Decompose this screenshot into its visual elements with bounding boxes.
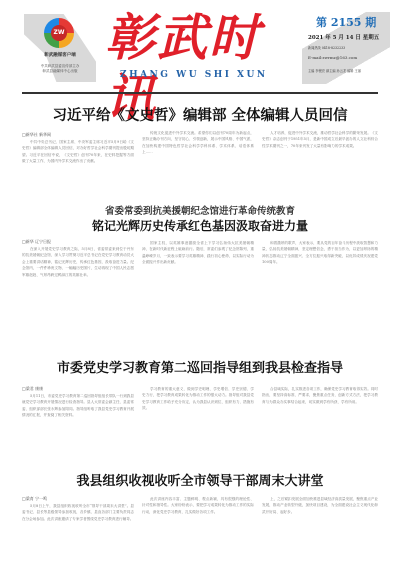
article-1-col-2: 传统文化促进中外学术交流。希望你们以创刊70周年为新起点，坚持正确办刊方向，坚守…	[142, 130, 254, 183]
article-3-col-3: 合县域实际，扎实推进各项工作，确保党史学习教育取得实效。同时指出，要坚持高标准、…	[262, 386, 378, 453]
article-2-col-3: 和着激昂的歌声，大家表示，要从党的百年奋斗历程中汲取智慧和力量，弘扬抗美援朝精神…	[262, 240, 378, 340]
newspaper-title-pinyin: ZHANG WU SHI XUN	[120, 70, 268, 80]
article-4-col-3: 上，之后紧扣发展全面加快推进县域经济高质量发展，聚焦重点产业发展，推动产业转型升…	[262, 496, 378, 540]
article-4-col-1: 5月8日上午，我县组织收视收听全市“领导干部周末大讲堂”。县委书记、县长等县级领…	[22, 503, 134, 547]
logo-sub: 中共彰武县委宣传部主办 彰武县融媒体中心出版	[28, 64, 92, 73]
article-4-byline: □梁育 宁一鸣	[22, 496, 47, 502]
logo-badge: ZW	[51, 25, 67, 41]
article-3-col-1: 5月11日，市委党史学习教育第二巡回指导组组长带队一行到我县就党史学习教育开展情…	[22, 393, 134, 453]
email[interactable]: E-mail:zwrmz@163.com	[308, 55, 357, 60]
article-2-kicker: 省委常委到抗美援朝纪念馆进行革命传统教育	[0, 203, 400, 217]
article-1-col-3: 人才培养，促进中外学术交流，推动哲学社会科学的繁荣发展。《文史哲》杂志创刊于19…	[262, 130, 378, 183]
article-2-col-1: 在深入开展党史学习教育之际，5月8日，省委常委来到位于丹东的抗美援朝纪念馆，深入…	[22, 246, 134, 340]
issue-number: 第 2155 期	[316, 14, 376, 30]
article-4-col-2: 此次讲座内容丰富、主题鲜明、观点新颖，具有很强的理论性、针对性和指导性。大家纷纷…	[142, 496, 254, 547]
article-2-col-2: 国家主权，以英雄事迹激励全省上下学习弘扬伟大抗美援朝精神，在新时代新征程上砥砺前…	[142, 240, 254, 340]
article-1-headline[interactable]: 习近平给《文史哲》编辑部 全体编辑人员回信	[0, 104, 400, 125]
issue-date: 2021 年 5 月 14 日 星期五	[308, 33, 379, 41]
article-1-col-1: 中共中央总书记、国家主席、中央军委主席习近平5月9日给《文史哲》编辑部全体编辑人…	[22, 139, 134, 183]
article-3-headline[interactable]: 市委党史学习教育第二巡回指导组到我县检查指导	[0, 357, 400, 376]
logo-caption: 彰武融媒客户端	[30, 52, 90, 58]
staff-list: 主编 李俊亮 副主编 孙云龙 编辑 王丽	[308, 68, 361, 73]
article-3-byline: □梁君 康康	[22, 386, 43, 392]
masthead-rule	[22, 92, 378, 94]
hotline: 新闻热线 0418-8232233	[308, 45, 345, 50]
article-2-headline[interactable]: 铭记光辉历史传承红色基因汲取奋进力量	[0, 217, 400, 234]
article-3-col-2: 学习教育的重大意义，做到学史明理、学史增信、学史崇德、学史力行，把学习教育成果转…	[142, 386, 254, 453]
article-4-headline[interactable]: 我县组织收视收听全市领导干部周末大讲堂	[0, 470, 400, 489]
masthead: ZW 彰武融媒客户端 中共彰武县委宣传部主办 彰武县融媒体中心出版 彰武时讯 Z…	[0, 0, 400, 88]
logo-sub-line: 彰武县融媒体中心出版	[28, 69, 92, 74]
article-1-byline: □新华社 新华网	[22, 132, 51, 138]
issue-info: 第 2155 期 2021 年 5 月 14 日 星期五 新闻热线 0418-8…	[302, 12, 390, 84]
client-logo[interactable]: ZW 彰武融媒客户端 中共彰武县委宣传部主办 彰武县融媒体中心出版	[20, 12, 100, 82]
article-2-byline: □新华 辽宁日报	[22, 239, 51, 245]
